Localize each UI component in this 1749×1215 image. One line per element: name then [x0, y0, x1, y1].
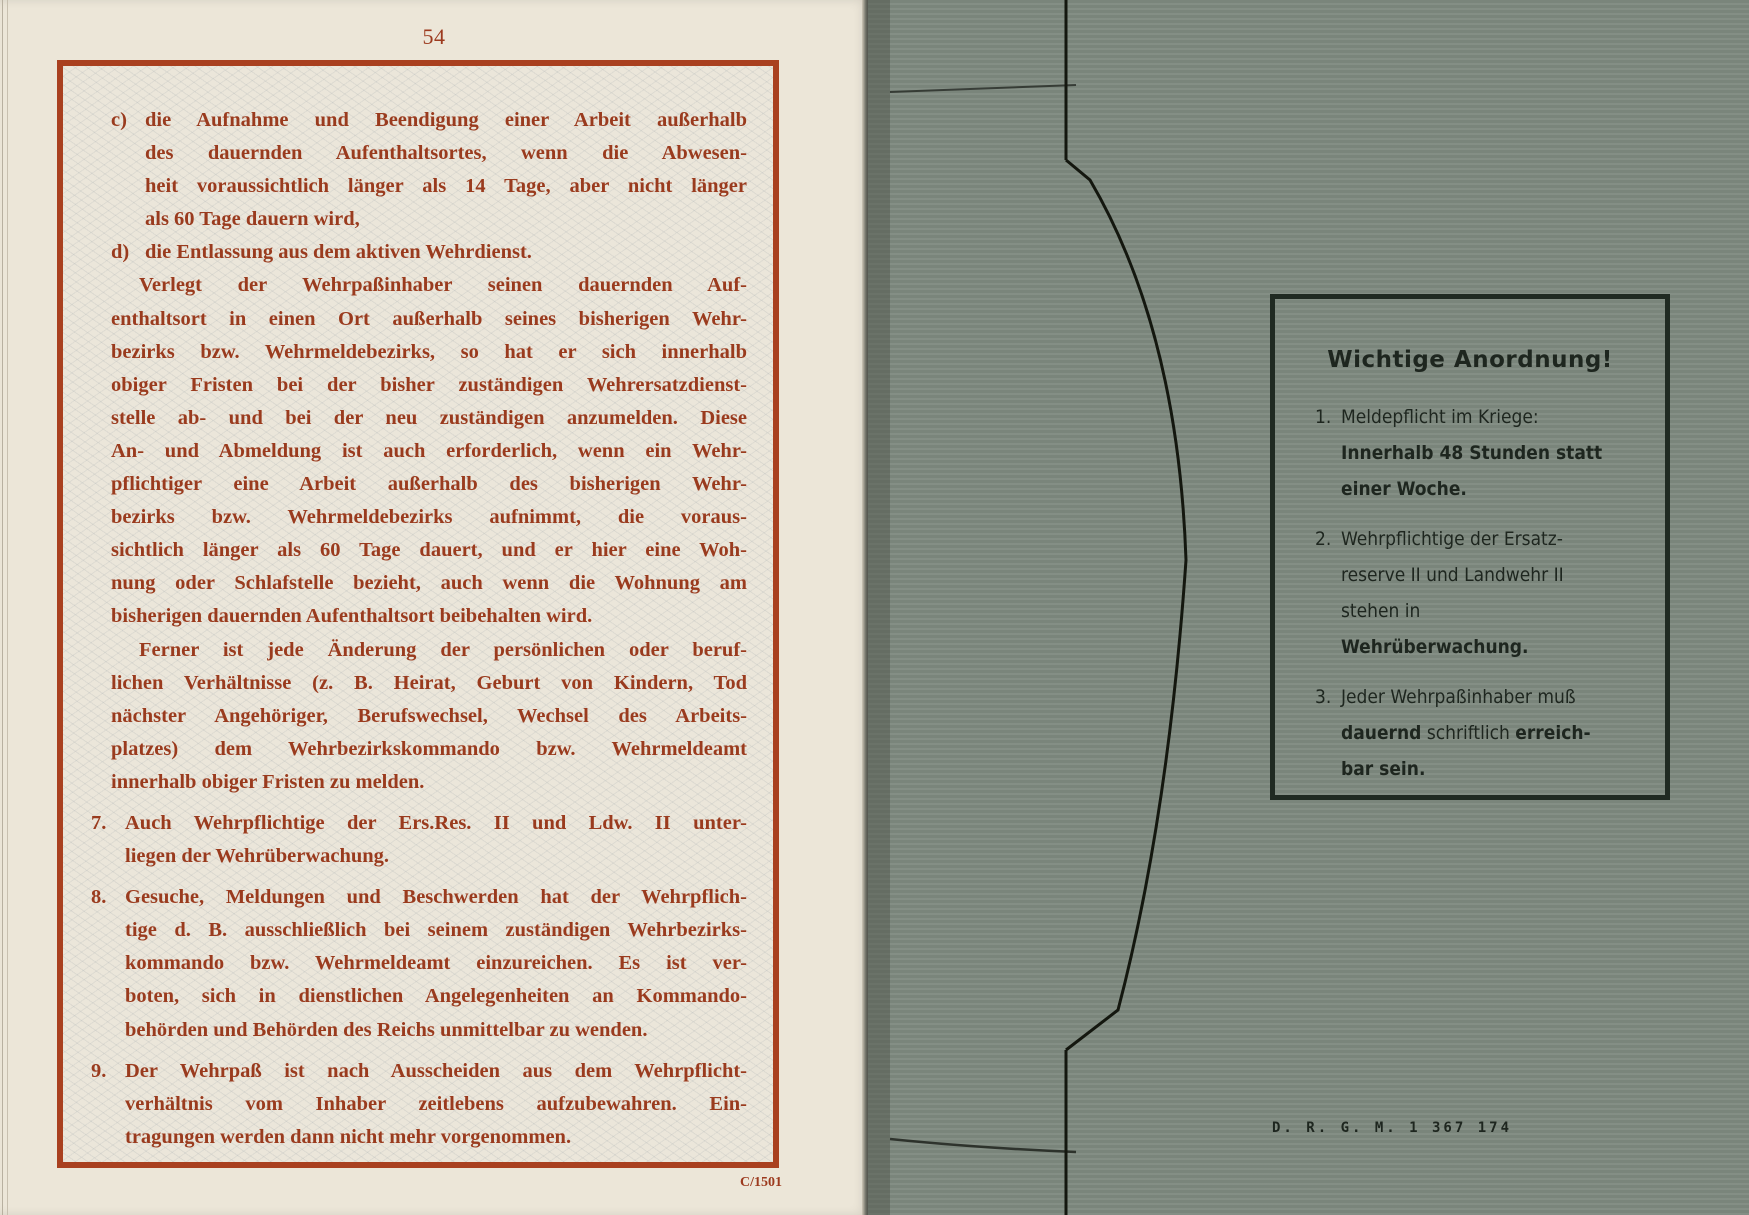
- list-item-c: c) die Aufnahme und Beendigung einer Arb…: [91, 104, 747, 236]
- paragraph-changes: Ferner ist jede Änderung der persönliche…: [91, 634, 747, 799]
- text-line: nung oder Schlafstelle bezieht, auch wen…: [111, 567, 747, 600]
- text-frame: c) die Aufnahme und Beendigung einer Arb…: [57, 60, 779, 1168]
- text-line: stelle ab- und bei der neu zuständigen a…: [111, 402, 747, 435]
- text-line: als 60 Tage dauern wird,: [145, 203, 747, 236]
- text-line: liegen der Wehrüberwachung.: [125, 840, 747, 873]
- left-page: 54 c) die Aufnahme und Beendigung einer …: [0, 0, 868, 1215]
- patent-mark: D. R. G. M. 1 367 174: [1272, 1120, 1512, 1136]
- item-label: c): [111, 104, 145, 236]
- text-line: die Entlassung aus dem aktiven Wehrdiens…: [145, 236, 747, 269]
- text-line: bisherigen dauernden Aufenthaltsort beib…: [111, 600, 747, 633]
- text-line: tige d. B. ausschließlich bei seinem zus…: [125, 914, 747, 947]
- text-bold: erreich-: [1515, 722, 1590, 744]
- item-label: 8.: [91, 881, 125, 1046]
- notice-item-3: 3. Jeder Wehrpaßinhaber muß dauernd schr…: [1315, 679, 1641, 787]
- numbered-item-7: 7. Auch Wehrpflichtige der Ers.Res. II u…: [91, 807, 747, 873]
- important-notice-box: Wichtige Anordnung! 1. Meldepflicht im K…: [1270, 294, 1670, 800]
- item-label: 7.: [91, 807, 125, 873]
- notice-list: 1. Meldepflicht im Kriege: Innerhalb 48 …: [1315, 399, 1641, 801]
- text-line-bold: Wehrüberwachung.: [1341, 629, 1641, 665]
- text-line: des dauernden Aufenthaltsortes, wenn die…: [145, 137, 747, 170]
- text-line: verhältnis vom Inhaber zeitlebens aufzub…: [125, 1088, 747, 1121]
- item-number: 3.: [1315, 679, 1341, 787]
- text-line: tragungen werden dann nicht mehr vorgeno…: [125, 1121, 747, 1154]
- text-line: stehen in: [1341, 593, 1641, 629]
- text-line: boten, sich in dienstlichen Angelegenhei…: [125, 980, 747, 1013]
- text-line-bold: Innerhalb 48 Stunden statt: [1341, 435, 1641, 471]
- text-line: bezirks bzw. Wehrmeldebezirks, so hat er…: [111, 336, 747, 369]
- text-line: Verlegt der Wehrpaßinhaber seinen dauern…: [111, 269, 747, 302]
- text-line: An- und Abmeldung ist auch erforderlich,…: [111, 435, 747, 468]
- text-line: obiger Fristen bei der bisher zuständige…: [111, 369, 747, 402]
- text-line-bold: bar sein.: [1341, 751, 1641, 787]
- text-line: Auch Wehrpflichtige der Ers.Res. II und …: [125, 807, 747, 840]
- text-line-mixed: dauernd schriftlich erreich-: [1341, 715, 1641, 751]
- notice-item-2: 2. Wehrpflichtige der Ersatz- reserve II…: [1315, 521, 1641, 665]
- item-label: 9.: [91, 1055, 125, 1154]
- notice-title: Wichtige Anordnung!: [1275, 347, 1665, 373]
- text-line: enthaltsort in einen Ort außerhalb seine…: [111, 303, 747, 336]
- text-line: Meldepflicht im Kriege:: [1341, 399, 1641, 435]
- paragraph-relocation: Verlegt der Wehrpaßinhaber seinen dauern…: [91, 269, 747, 633]
- text-regular: schriftlich: [1421, 722, 1515, 744]
- print-code: C/1501: [740, 1175, 782, 1191]
- page-number: 54: [0, 24, 868, 50]
- text-line: die Aufnahme und Beendigung einer Arbeit…: [145, 104, 747, 137]
- text-bold: dauernd: [1341, 722, 1421, 744]
- text-line: platzes) dem Wehrbezirkskommando bzw. We…: [111, 733, 747, 766]
- regulations-text: c) die Aufnahme und Beendigung einer Arb…: [91, 104, 747, 1154]
- text-line: lichen Verhältnisse (z. B. Heirat, Gebur…: [111, 667, 747, 700]
- text-line: Jeder Wehrpaßinhaber muß: [1341, 679, 1641, 715]
- text-line: reserve II und Landwehr II: [1341, 557, 1641, 593]
- text-line: pflichtiger eine Arbeit außerhalb des bi…: [111, 468, 747, 501]
- text-line: Wehrpflichtige der Ersatz-: [1341, 521, 1641, 557]
- text-line: bezirks bzw. Wehrmeldebezirks aufnimmt, …: [111, 501, 747, 534]
- item-number: 2.: [1315, 521, 1341, 665]
- text-line: innerhalb obiger Fristen zu melden.: [111, 766, 747, 799]
- item-label: d): [111, 236, 145, 269]
- text-line: nächster Angehöriger, Berufswechsel, Wec…: [111, 700, 747, 733]
- text-line: sichtlich länger als 60 Tage dauert, und…: [111, 534, 747, 567]
- text-line: Gesuche, Meldungen und Beschwerden hat d…: [125, 881, 747, 914]
- text-line: kommando bzw. Wehrmeldeamt einzureichen.…: [125, 947, 747, 980]
- text-line: behörden und Behörden des Reichs unmitte…: [125, 1014, 747, 1047]
- text-line: heit voraussichtlich länger als 14 Tage,…: [145, 170, 747, 203]
- text-line-bold: einer Woche.: [1341, 471, 1641, 507]
- text-line: Der Wehrpaß ist nach Ausscheiden aus dem…: [125, 1055, 747, 1088]
- numbered-item-9: 9. Der Wehrpaß ist nach Ausscheiden aus …: [91, 1055, 747, 1154]
- numbered-item-8: 8. Gesuche, Meldungen und Beschwerden ha…: [91, 881, 747, 1046]
- item-number: 1.: [1315, 399, 1341, 507]
- notice-item-1: 1. Meldepflicht im Kriege: Innerhalb 48 …: [1315, 399, 1641, 507]
- text-line: Ferner ist jede Änderung der persönliche…: [111, 634, 747, 667]
- list-item-d: d) die Entlassung aus dem aktiven Wehrdi…: [91, 236, 747, 269]
